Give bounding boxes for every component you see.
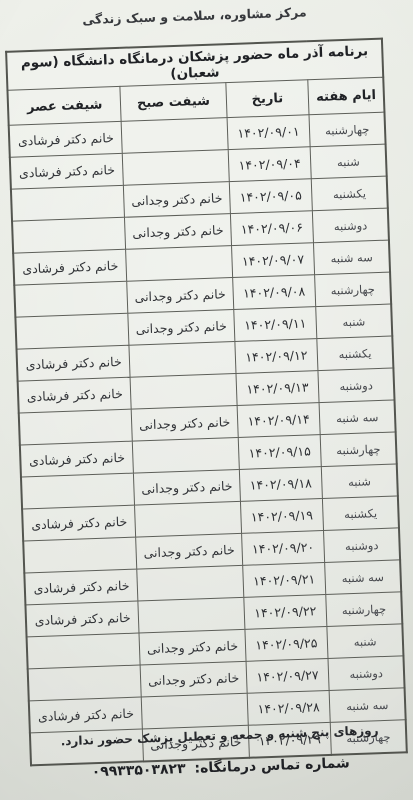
header-weekday: ایام هفته [308,77,384,115]
morning-shift-cell [133,437,239,473]
morning-shift-cell [123,150,229,186]
phone-number: ۰۹۹۳۳۵۰۳۸۲۳ [91,761,186,780]
evening-shift-cell: خانم دکتر فرشادی [13,249,127,285]
day-cell: چهارشنبه [320,432,396,467]
day-cell: سه شنبه [314,240,390,275]
morning-shift-cell [129,342,235,378]
morning-shift-cell: خانم دکتر وجدانی [124,182,230,218]
evening-shift-cell: خانم دکتر فرشادی [9,121,123,157]
date-cell: ۱۴۰۲/۰۹/۰۱ [227,115,311,150]
header-morning-shift: شیفت صبح [120,83,226,122]
evening-shift-cell: خانم دکتر فرشادی [10,153,124,189]
evening-shift-cell: خانم دکتر فرشادی [22,505,136,541]
morning-shift-cell: خانم دکتر وجدانی [134,469,240,505]
printed-sheet: مرکز مشاوره، سلامت و سبک زندگی برنامه آذ… [0,0,413,800]
evening-shift-cell [15,313,129,349]
evening-shift-cell: خانم دکتر فرشادی [20,441,134,477]
date-cell: ۱۴۰۲/۰۹/۰۷ [231,243,315,278]
date-cell: ۱۴۰۲/۰۹/۲۸ [247,690,331,725]
day-cell: چهارشنبه [309,112,385,147]
evening-shift-cell: خانم دکتر فرشادی [29,697,143,733]
day-cell: شنبه [322,464,398,499]
day-cell: شنبه [327,624,403,659]
day-cell: دوشنبه [328,656,404,691]
evening-shift-cell: خانم دکتر فرشادی [25,601,139,637]
day-cell: سه شنبه [329,688,405,723]
evening-shift-cell [27,633,141,669]
evening-shift-cell [11,185,125,221]
morning-shift-cell [121,118,227,154]
day-cell: یکشنبه [323,496,399,531]
date-cell: ۱۴۰۲/۰۹/۱۹ [240,499,324,534]
date-cell: ۱۴۰۲/۰۹/۱۱ [233,307,317,342]
date-cell: ۱۴۰۲/۰۹/۱۸ [239,467,323,502]
day-cell: دوشنبه [318,368,394,403]
morning-shift-cell: خانم دکتر وجدانی [131,405,237,441]
day-cell: یکشنبه [312,176,388,211]
morning-shift-cell [130,373,236,409]
date-cell: ۱۴۰۲/۰۹/۲۲ [243,594,327,629]
day-cell: چهارشنبه [315,272,391,307]
organization-caption: مرکز مشاوره، سلامت و سبک زندگی [0,1,401,30]
morning-shift-cell: خانم دکتر وجدانی [139,629,245,665]
day-cell: یکشنبه [317,336,393,371]
date-cell: ۱۴۰۲/۰۹/۲۱ [242,562,326,597]
header-evening-shift: شیفت عصر [7,86,121,125]
evening-shift-cell [12,217,126,253]
morning-shift-cell [142,693,248,729]
morning-shift-cell [137,565,243,601]
day-cell: سه شنبه [319,400,395,435]
evening-shift-cell [28,665,142,701]
morning-shift-cell: خانم دکتر وجدانی [136,533,242,569]
evening-shift-cell: خانم دکتر فرشادی [24,569,138,605]
date-cell: ۱۴۰۲/۰۹/۱۲ [234,339,318,374]
date-cell: ۱۴۰۲/۰۹/۰۵ [229,179,313,214]
date-cell: ۱۴۰۲/۰۹/۲۷ [246,658,330,693]
morning-shift-cell [138,597,244,633]
schedule-body: چهارشنبه ۱۴۰۲/۰۹/۰۱ خانم دکتر فرشادی شنب… [9,112,407,765]
date-cell: ۱۴۰۲/۰۹/۰۸ [232,275,316,310]
date-cell: ۱۴۰۲/۰۹/۰۶ [230,211,314,246]
evening-shift-cell [23,537,137,573]
day-cell: دوشنبه [324,528,400,563]
day-cell: شنبه [310,144,386,179]
date-cell: ۱۴۰۲/۰۹/۱۴ [237,403,321,438]
day-cell: سه شنبه [325,560,401,595]
header-date: تاریخ [225,80,309,118]
evening-shift-cell [21,473,135,509]
morning-shift-cell: خانم دکتر وجدانی [125,214,231,250]
evening-shift-cell [19,409,133,445]
morning-shift-cell [126,246,232,282]
morning-shift-cell: خانم دکتر وجدانی [128,310,234,346]
morning-shift-cell [135,501,241,537]
evening-shift-cell [14,281,128,317]
evening-shift-cell: خانم دکتر فرشادی [17,345,131,381]
date-cell: ۱۴۰۲/۰۹/۲۵ [245,626,329,661]
date-cell: ۱۴۰۲/۰۹/۱۵ [238,435,322,470]
date-cell: ۱۴۰۲/۰۹/۰۴ [228,147,312,182]
date-cell: ۱۴۰۲/۰۹/۲۰ [241,531,325,566]
date-cell: ۱۴۰۲/۰۹/۱۳ [236,371,320,406]
evening-shift-cell: خانم دکتر فرشادی [18,377,132,413]
morning-shift-cell: خانم دکتر وجدانی [140,661,246,697]
day-cell: دوشنبه [313,208,389,243]
day-cell: شنبه [316,304,392,339]
doctor-schedule-table: برنامه آذر ماه حضور پزشکان درمانگاه دانش… [5,38,408,767]
morning-shift-cell: خانم دکتر وجدانی [127,278,233,314]
day-cell: چهارشنبه [326,592,402,627]
